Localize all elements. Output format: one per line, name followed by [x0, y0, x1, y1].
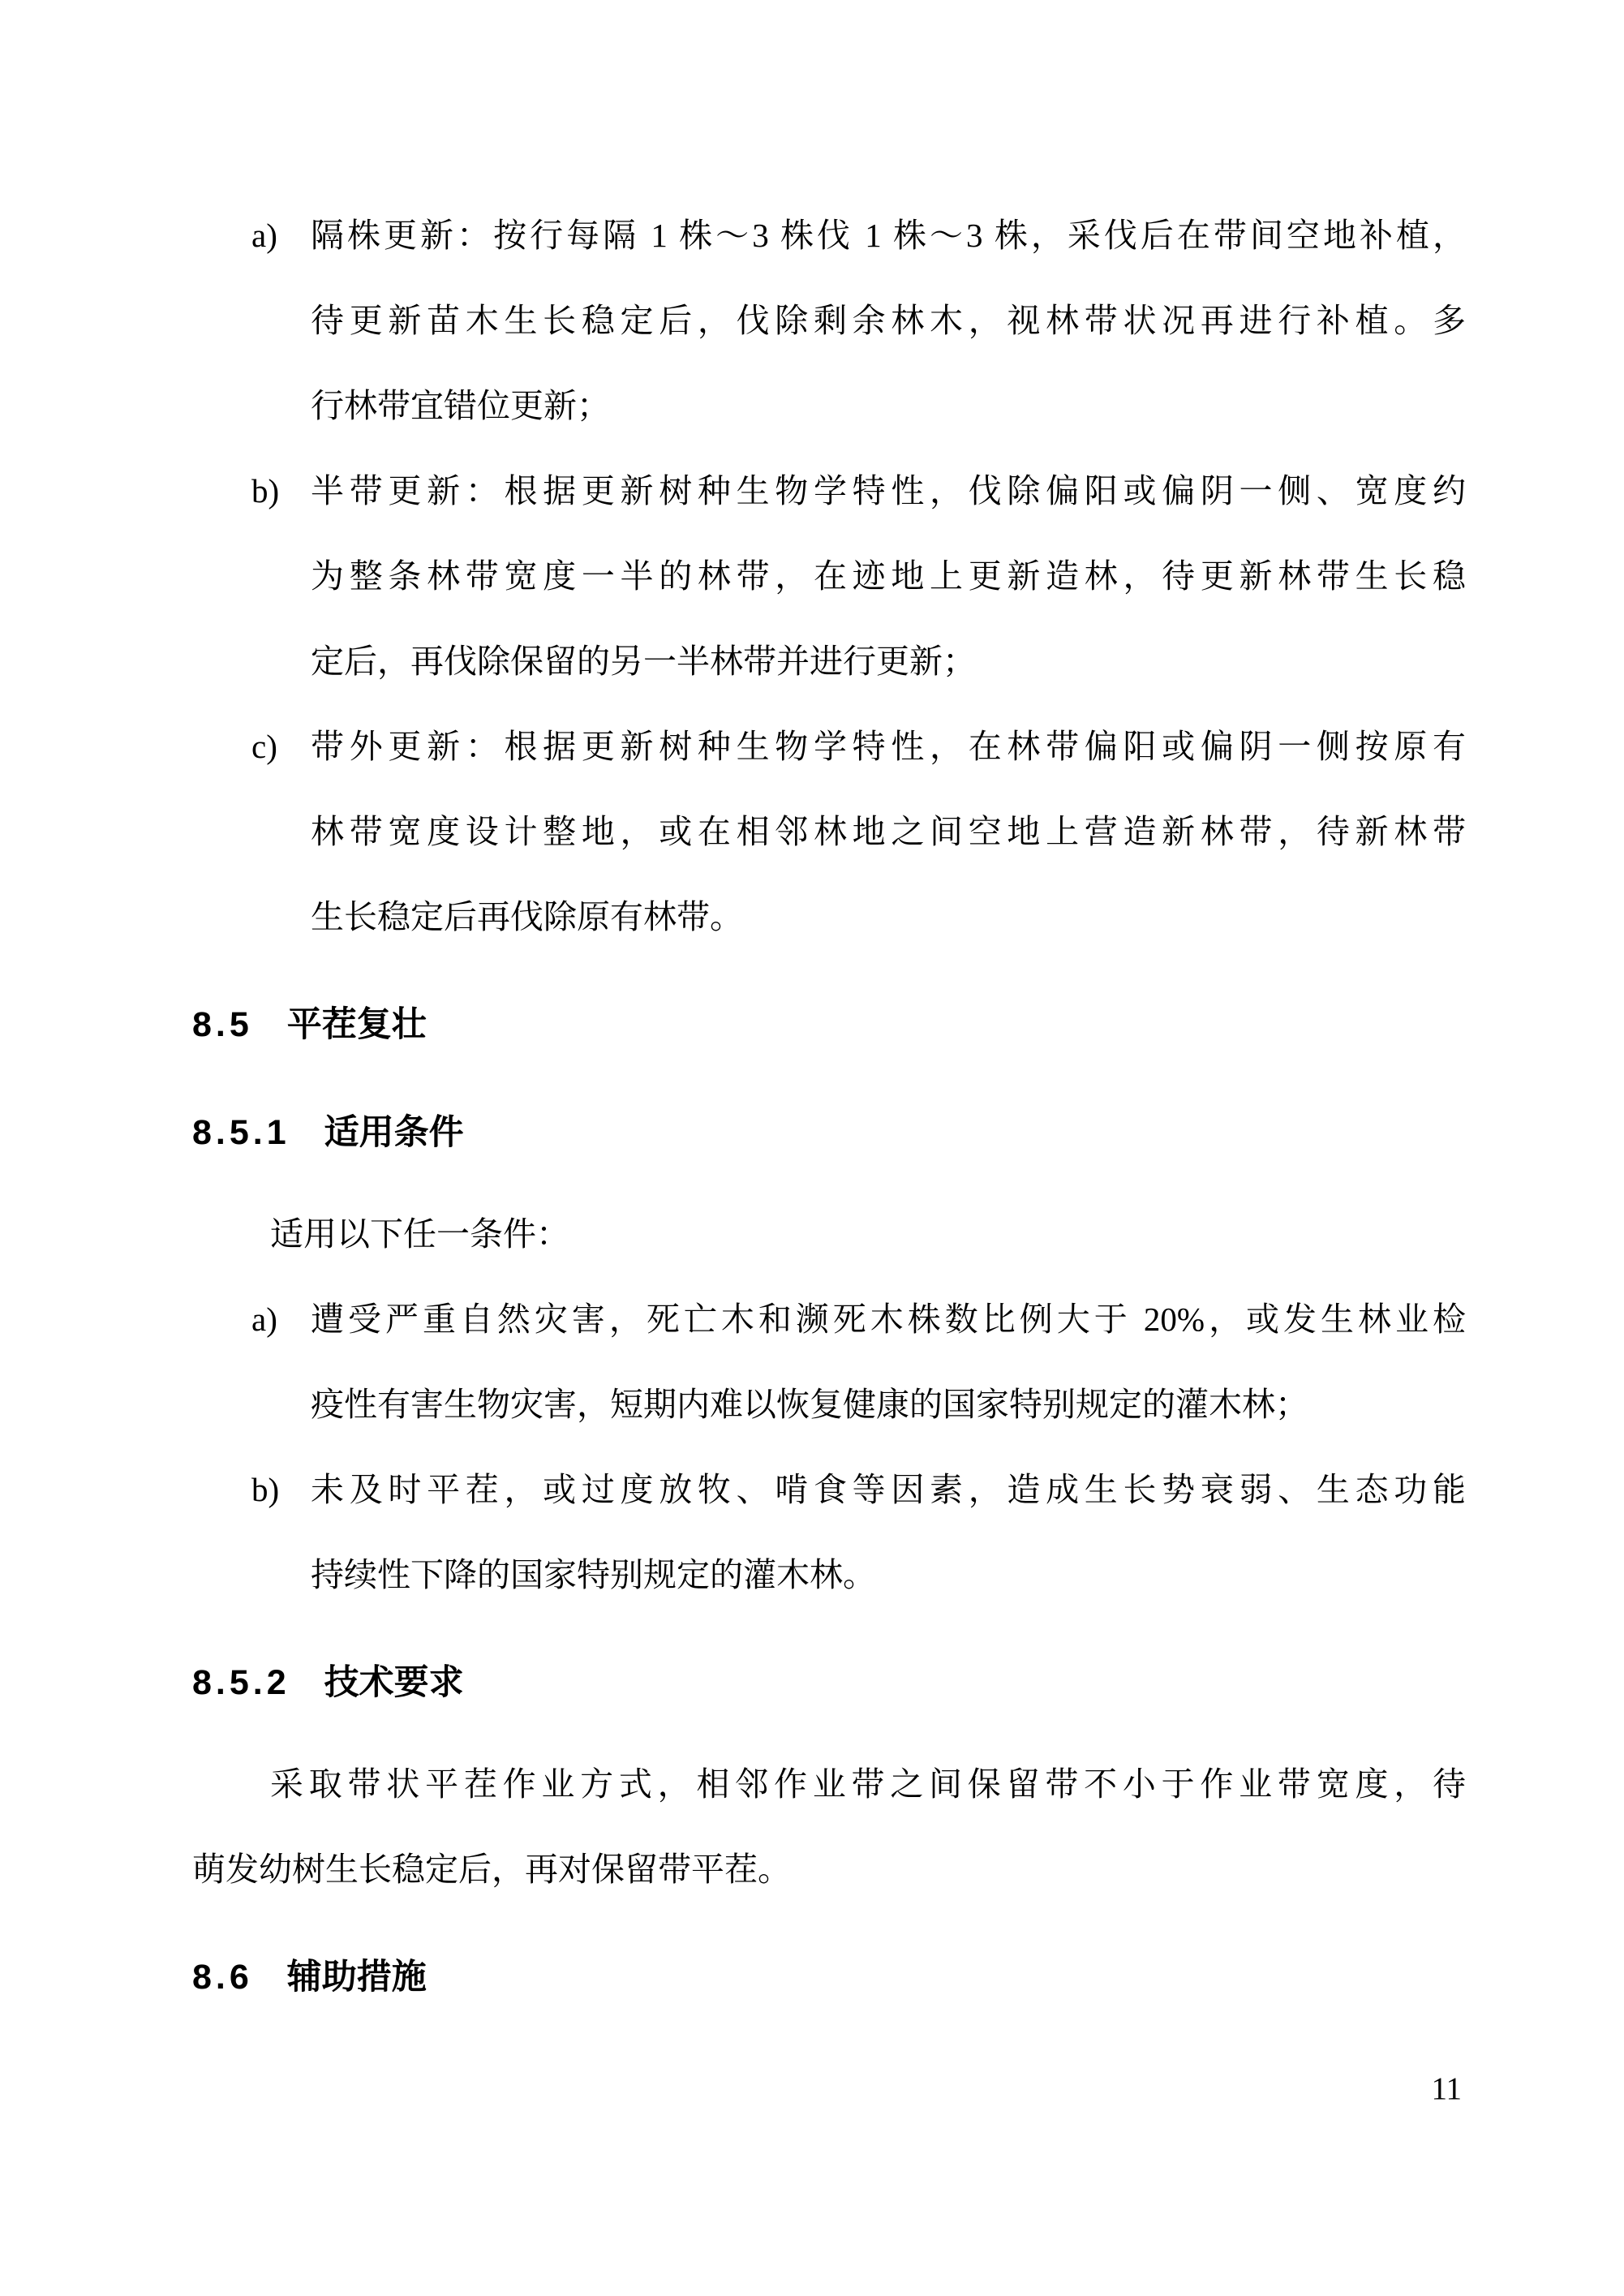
list-item-label: a)	[192, 1277, 311, 1362]
paragraph-technical-line2: 萌发幼树生长稳定后，再对保留带平茬。	[192, 1827, 1466, 1912]
list-item-a-renewal-line3: 行林带宜错位更新；	[192, 363, 1466, 449]
document-page: a) 隔株更新：按行每隔 1 株～3 株伐 1 株～3 株，采伐后在带间空地补植…	[0, 0, 1624, 2296]
list-item-a-condition-line1: a) 遭受严重自然灾害，死亡木和濒死木株数比例大于 20%，或发生林业检	[192, 1277, 1466, 1362]
list-item-b-renewal-line1: b) 半带更新：根据更新树种生物学特性，伐除偏阳或偏阴一侧、宽度约	[192, 449, 1466, 534]
list-item-b-condition-line1: b) 未及时平茬，或过度放牧、啃食等因素，造成生长势衰弱、生态功能	[192, 1447, 1466, 1533]
list-item-a-renewal-line2: 待更新苗木生长稳定后，伐除剩余林木，视林带状况再进行补植。多	[192, 278, 1466, 363]
list-item-c-renewal-line2: 林带宽度设计整地，或在相邻林地之间空地上营造新林带，待新林带	[192, 789, 1466, 875]
section-title: 技术要求	[324, 1640, 464, 1726]
page-number: 11	[1431, 2070, 1462, 2108]
list-item-text: 隔株更新：按行每隔 1 株～3 株伐 1 株～3 株，采伐后在带间空地补植，	[311, 193, 1466, 278]
list-item-text: 半带更新：根据更新树种生物学特性，伐除偏阳或偏阴一侧、宽度约	[311, 449, 1466, 534]
section-number: 8.5	[192, 982, 253, 1068]
section-title: 适用条件	[324, 1090, 464, 1176]
list-item-label: c)	[192, 704, 311, 789]
section-number: 8.6	[192, 1935, 253, 2020]
paragraph-conditions-intro: 适用以下任一条件：	[192, 1192, 1466, 1277]
list-item-c-renewal-line3: 生长稳定后再伐除原有林带。	[192, 875, 1466, 960]
list-item-a-condition-line2: 疫性有害生物灾害，短期内难以恢复健康的国家特别规定的灌木林；	[192, 1362, 1466, 1447]
section-title: 平茬复壮	[287, 982, 427, 1068]
section-heading-8-5-2: 8.5.2 技术要求	[192, 1640, 1466, 1726]
list-item-label: b)	[192, 1447, 311, 1533]
list-item-text: 未及时平茬，或过度放牧、啃食等因素，造成生长势衰弱、生态功能	[311, 1447, 1466, 1533]
list-item-label: a)	[192, 193, 311, 278]
list-item-text: 遭受严重自然灾害，死亡木和濒死木株数比例大于 20%，或发生林业检	[311, 1277, 1466, 1362]
section-heading-8-6: 8.6 辅助措施	[192, 1935, 1466, 2020]
list-item-b-renewal-line2: 为整条林带宽度一半的林带，在迹地上更新造林，待更新林带生长稳	[192, 534, 1466, 619]
list-item-b-condition-line2: 持续性下降的国家特别规定的灌木林。	[192, 1533, 1466, 1618]
list-item-a-renewal-line1: a) 隔株更新：按行每隔 1 株～3 株伐 1 株～3 株，采伐后在带间空地补植…	[192, 193, 1466, 278]
paragraph-technical-line1: 采取带状平茬作业方式，相邻作业带之间保留带不小于作业带宽度，待	[192, 1742, 1466, 1827]
list-item-label: b)	[192, 449, 311, 534]
section-title: 辅助措施	[287, 1935, 427, 2020]
list-item-c-renewal-line1: c) 带外更新：根据更新树种生物学特性，在林带偏阳或偏阴一侧按原有	[192, 704, 1466, 789]
section-heading-8-5: 8.5 平茬复壮	[192, 982, 1466, 1068]
section-number: 8.5.1	[192, 1090, 290, 1176]
section-number: 8.5.2	[192, 1640, 290, 1726]
list-item-text: 带外更新：根据更新树种生物学特性，在林带偏阳或偏阴一侧按原有	[311, 704, 1466, 789]
list-item-b-renewal-line3: 定后，再伐除保留的另一半林带并进行更新；	[192, 619, 1466, 704]
section-heading-8-5-1: 8.5.1 适用条件	[192, 1090, 1466, 1176]
